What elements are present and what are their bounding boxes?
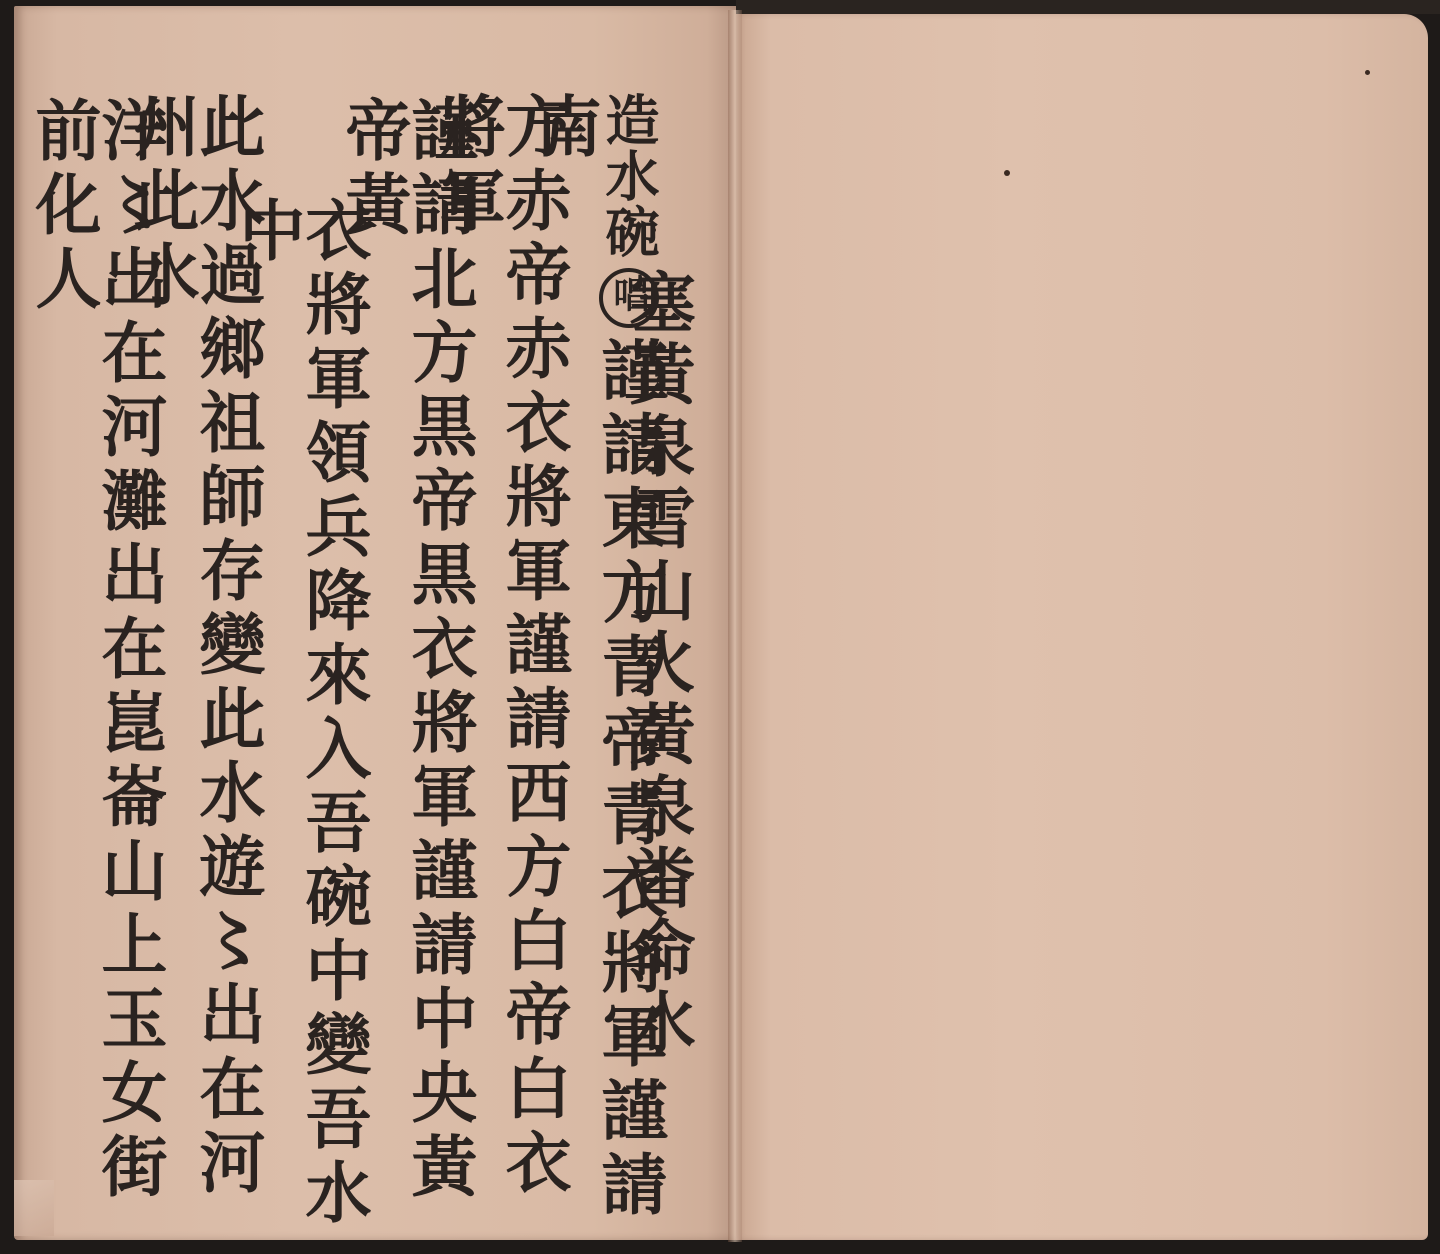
book-top-edge (736, 0, 1440, 14)
circled-chant-mark-icon: 唱 (599, 268, 659, 328)
text-column-7: 洋〻出在河灘出在崑崙山上玉女街前化人 (30, 96, 162, 1254)
paper-speck (1004, 170, 1010, 176)
right-page-blank (736, 14, 1428, 1240)
open-book: 塞黃泉雪山火黃泉畨命水 造水碗唱謹請東方青帝青衣將軍謹請南 方赤帝赤衣將軍謹請西… (0, 0, 1440, 1254)
book-gutter (728, 10, 742, 1242)
section-heading: 造水碗 (597, 92, 661, 260)
paper-speck (1365, 70, 1370, 75)
